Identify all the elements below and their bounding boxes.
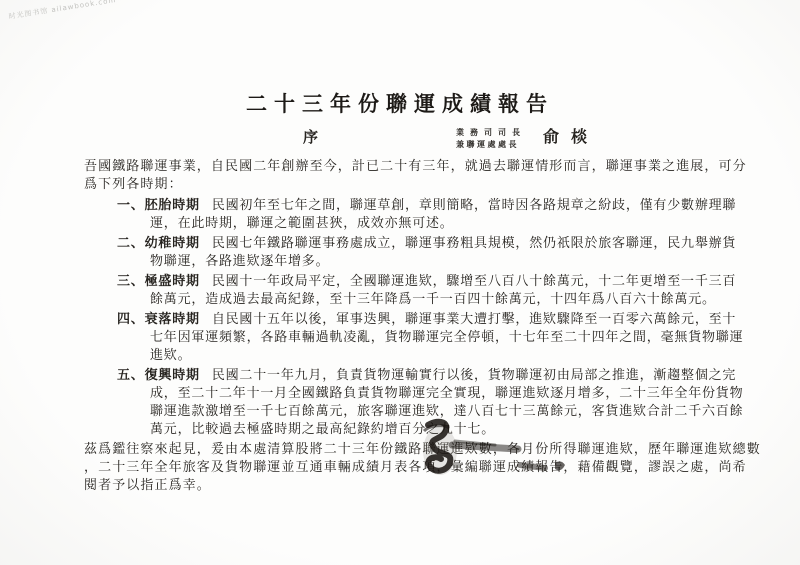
period-item: 一、胚胎時期民國初年至七年之間，聯運草創，章則簡略，當時因各路規章之紛歧，僅有少…	[117, 196, 741, 232]
text-line: 成，至二十二年十一月全國鐵路負責貨物聯運完全實現，聯運進欵逐月增多，二十三年全年…	[150, 384, 741, 402]
author-name: 俞棪	[543, 124, 599, 147]
period-text: 自民國十五年以後，軍事迭興，聯運事業大遭打擊，進欵驟降至一百零六萬餘元，至十	[212, 311, 736, 326]
document-title: 二十三年份聯運成績報告	[0, 88, 800, 118]
period-text: 民國二十一年九月，負責貨物運輸實行以後，貨物聯運初由局部之推進，漸趨整個之完	[212, 367, 736, 382]
period-name: 胚胎時期	[145, 197, 200, 212]
text-line: 物聯運，各路進欵逐年增多。	[150, 252, 741, 270]
author-titles: 業務司司長兼聯運處處長	[456, 127, 546, 151]
item-number: 五、	[117, 367, 145, 382]
period-text: 民國七年鐵路聯運事務處成立，聯運事務粗具規模，然仍祇限於旅客聯運，民九舉辦貨	[212, 235, 736, 250]
text-line: 二、幼稚時期民國七年鐵路聯運事務處成立，聯運事務粗具規模，然仍祇限於旅客聯運，民…	[117, 234, 741, 252]
text-line: 閱者予以指正爲幸。	[84, 476, 746, 494]
period-name: 幼稚時期	[145, 235, 200, 250]
text-line: 三、極盛時期民國十一年政局平定，全國聯運進欵，驟增至八百八十餘萬元，十二年更增至…	[117, 272, 741, 290]
item-number: 四、	[117, 311, 145, 326]
text-line: 運，在此時期，聯運之範圍甚狹，成效亦無可述。	[150, 214, 741, 232]
period-item: 四、衰落時期自民國十五年以後，軍事迭興，聯運事業大遭打擊，進欵驟降至一百零六萬餘…	[117, 310, 741, 364]
text-line: 七年因軍運頻繁，各路車輛過軌凌亂，貨物聯運完全停頓，十七年至二十四年之間，毫無貨…	[150, 328, 741, 346]
text-line: 餘萬元，造成過去最高紀錄，至十三年降爲一千一百四十餘萬元，十四年爲八百六十餘萬元…	[150, 290, 741, 308]
period-text: 民國十一年政局平定，全國聯運進欵，驟增至八百八十餘萬元，十二年更增至一千三百	[212, 273, 736, 288]
period-item: 五、復興時期民國二十一年九月，負責貨物運輸實行以後，貨物聯運初由局部之推進，漸趨…	[117, 366, 741, 438]
closing-paragraph: 茲爲鑑往察來起見，爰由本處清算股將二十三年份鐵路聯運進欵數，各月份所得聯運進欵，…	[84, 440, 746, 494]
text-line: 爲下列各時期：	[84, 175, 744, 193]
text-line: 吾國鐵路聯運事業，自民國二年創辦至今，計已二十有三年，就過去聯運情形而言，聯運事…	[84, 157, 744, 175]
period-text: 民國初年至七年之間，聯運草創，章則簡略，當時因各路規章之紛歧，僅有少數辦理聯	[212, 197, 736, 212]
text-line: 茲爲鑑往察來起見，爰由本處清算股將二十三年份鐵路聯運進欵數，各月份所得聯運進欵，…	[84, 440, 746, 458]
period-name: 復興時期	[145, 367, 200, 382]
text-line: 一、胚胎時期民國初年至七年之間，聯運草創，章則簡略，當時因各路規章之紛歧，僅有少…	[117, 196, 741, 214]
text-line: 五、復興時期民國二十一年九月，負責貨物運輸實行以後，貨物聯運初由局部之推進，漸趨…	[117, 366, 741, 384]
text-line: 進欵。	[150, 346, 741, 364]
text-line: 聯運進款激增至一千七百餘萬元，旅客聯運進欵，達八百七十三萬餘元，客貨進欵合計二千…	[150, 402, 741, 420]
item-number: 二、	[117, 235, 145, 250]
text-line: 業務司司長	[456, 127, 546, 139]
text-line: 四、衰落時期自民國十五年以後，軍事迭興，聯運事業大遭打擊，進欵驟降至一百零六萬餘…	[117, 310, 741, 328]
period-item: 二、幼稚時期民國七年鐵路聯運事務處成立，聯運事務粗具規模，然仍祇限於旅客聯運，民…	[117, 234, 741, 270]
text-line: 兼聯運處處長	[456, 139, 546, 151]
intro-paragraph: 吾國鐵路聯運事業，自民國二年創辦至今，計已二十有三年，就過去聯運情形而言，聯運事…	[84, 157, 744, 193]
period-name: 極盛時期	[145, 273, 200, 288]
text-line: 萬元，比較過去極盛時期之最高紀錄約增百分之九十七。	[150, 420, 741, 438]
item-number: 一、	[117, 197, 145, 212]
item-number: 三、	[117, 273, 145, 288]
period-list: 一、胚胎時期民國初年至七年之間，聯運草創，章則簡略，當時因各路規章之紛歧，僅有少…	[117, 196, 741, 440]
watermark-text: 时光图书馆 ailawbook.com	[8, 0, 117, 22]
period-item: 三、極盛時期民國十一年政局平定，全國聯運進欵，驟增至八百八十餘萬元，十二年更增至…	[117, 272, 741, 308]
scanned-document-page: 时光图书馆 ailawbook.com 二十三年份聯運成績報告 序 業務司司長兼…	[0, 0, 800, 565]
period-name: 衰落時期	[145, 311, 200, 326]
text-line: ，二十三年全年旅客及貨物聯運並互通車輛成績月表各項，彙編聯運成績報告，藉備觀覽，…	[84, 458, 746, 476]
preface-heading: 序	[303, 126, 320, 147]
